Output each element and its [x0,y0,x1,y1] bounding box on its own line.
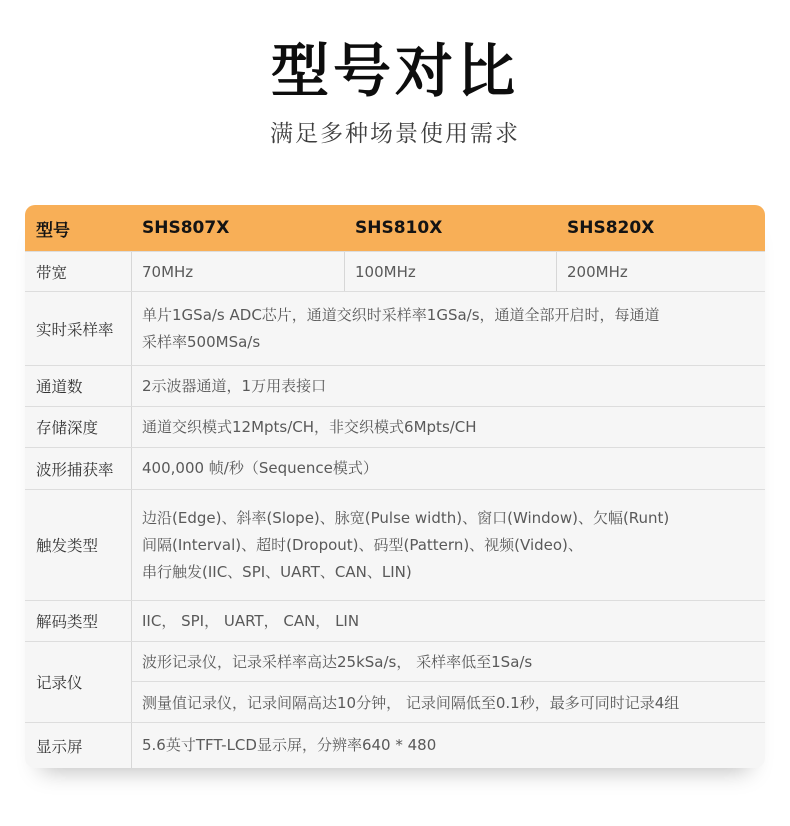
title-block: 型号对比 满足多种场景使用需求 [0,0,790,148]
sampling-rate-line1: 单片1GSa/s ADC芯片，通道交织时采样率1GSa/s，通道全部开启时，每通… [142,302,753,329]
decode-types-text: IIC， SPI， UART， CAN， LIN [142,608,753,635]
decode-types-value: IIC， SPI， UART， CAN， LIN [132,601,765,641]
table-row-trigger-types: 触发类型 边沿(Edge)、斜率(Slope)、脉宽(Pulse width)、… [25,489,765,600]
recorder-waveform-text: 波形记录仪，记录采样率高达25kSa/s， 采样率低至1Sa/s [132,642,765,682]
sampling-rate-value: 单片1GSa/s ADC芯片，通道交织时采样率1GSa/s，通道全部开启时，每通… [132,292,765,365]
trigger-types-value: 边沿(Edge)、斜率(Slope)、脉宽(Pulse width)、窗口(Wi… [132,490,765,600]
bandwidth-cells: 70MHz 100MHz 200MHz [132,252,765,291]
header-cell-shs810x: SHS810X [345,218,557,238]
table-row-memory-depth: 存储深度 通道交织模式12Mpts/CH，非交织模式6Mpts/CH [25,406,765,447]
row-label: 波形捕获率 [25,448,132,489]
row-label: 显示屏 [25,723,132,768]
trigger-line1: 边沿(Edge)、斜率(Slope)、脉宽(Pulse width)、窗口(Wi… [142,505,753,532]
bandwidth-shs820x: 200MHz [557,252,765,291]
row-label: 解码类型 [25,601,132,641]
page-subtitle: 满足多种场景使用需求 [0,115,790,148]
trigger-line3: 串行触发(IIC、SPI、UART、CAN、LIN) [142,559,753,586]
trigger-line2: 间隔(Interval)、超时(Dropout)、码型(Pattern)、视频(… [142,532,753,559]
table-header-row: 型号 SHS807X SHS810X SHS820X [25,205,765,251]
table-row-recorder: 记录仪 波形记录仪，记录采样率高达25kSa/s， 采样率低至1Sa/s 测量值… [25,641,765,722]
display-text: 5.6英寸TFT-LCD显示屏，分辨率640 * 480 [142,732,753,759]
display-value: 5.6英寸TFT-LCD显示屏，分辨率640 * 480 [132,723,765,768]
capture-rate-text: 400,000 帧/秒（Sequence模式） [142,455,753,482]
table-row-channels: 通道数 2示波器通道，1万用表接口 [25,365,765,406]
header-cell-model-label: 型号 [25,216,132,241]
bandwidth-shs810x: 100MHz [345,252,557,291]
table-row-bandwidth: 带宽 70MHz 100MHz 200MHz [25,251,765,291]
recorder-sub-rows: 波形记录仪，记录采样率高达25kSa/s， 采样率低至1Sa/s 测量值记录仪，… [132,642,765,722]
row-label: 带宽 [25,252,132,291]
header-cell-shs820x: SHS820X [557,218,765,238]
table-row-display: 显示屏 5.6英寸TFT-LCD显示屏，分辨率640 * 480 [25,722,765,768]
table-row-decode-types: 解码类型 IIC， SPI， UART， CAN， LIN [25,600,765,641]
spec-comparison-table: 型号 SHS807X SHS810X SHS820X 带宽 70MHz 100M… [25,205,765,768]
recorder-measurement-text: 测量值记录仪，记录间隔高达10分钟， 记录间隔低至0.1秒，最多可同时记录4组 [132,682,765,722]
table-row-sampling-rate: 实时采样率 单片1GSa/s ADC芯片，通道交织时采样率1GSa/s，通道全部… [25,291,765,365]
page-title: 型号对比 [0,38,790,105]
memory-depth-value: 通道交织模式12Mpts/CH，非交织模式6Mpts/CH [132,407,765,447]
memory-depth-text: 通道交织模式12Mpts/CH，非交织模式6Mpts/CH [142,414,753,441]
row-label: 存储深度 [25,407,132,447]
row-label: 实时采样率 [25,292,132,365]
row-label: 通道数 [25,366,132,406]
row-label: 触发类型 [25,490,132,600]
row-label: 记录仪 [25,642,132,722]
bandwidth-shs807x: 70MHz [132,252,345,291]
channels-text: 2示波器通道，1万用表接口 [142,373,753,400]
sampling-rate-line2: 采样率500MSa/s [142,329,753,356]
capture-rate-value: 400,000 帧/秒（Sequence模式） [132,448,765,489]
table-row-capture-rate: 波形捕获率 400,000 帧/秒（Sequence模式） [25,447,765,489]
channels-value: 2示波器通道，1万用表接口 [132,366,765,406]
product-spec-page: 型号对比 满足多种场景使用需求 型号 SHS807X SHS810X SHS82… [0,0,790,826]
header-cell-shs807x: SHS807X [132,218,345,238]
